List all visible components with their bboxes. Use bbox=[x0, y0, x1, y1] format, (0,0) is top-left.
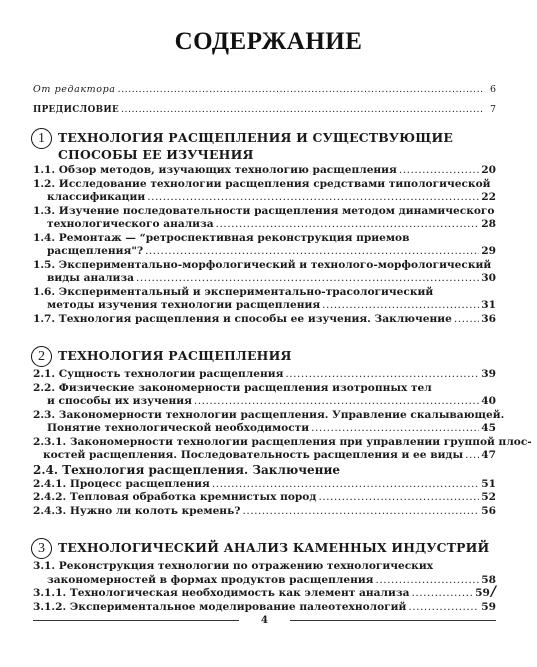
footer-page-number: 4 bbox=[261, 615, 268, 626]
dot-leader bbox=[118, 80, 484, 100]
toc-entry[interactable]: 3.1.1. Технологическая необходимость как… bbox=[33, 587, 496, 601]
dot-leader bbox=[408, 601, 479, 615]
toc-entry[interactable]: 3.1. Реконструкция технологии по отражен… bbox=[33, 560, 496, 587]
entry-title-line2: Понятие технологической необходимости bbox=[47, 422, 309, 436]
entry-title-line2: закономерностей в формах продуктов расще… bbox=[47, 574, 374, 588]
toc-entry[interactable]: 1.4. Ремонтаж — “ретроспективная реконст… bbox=[33, 232, 496, 259]
toc-entry[interactable]: 1.3. Изучение последовательности расщепл… bbox=[33, 205, 496, 232]
dot-leader bbox=[216, 218, 480, 232]
dot-leader bbox=[322, 299, 479, 313]
chapters-list: 1ТЕХНОЛОГИЯ РАСЩЕПЛЕНИЯ И СУЩЕСТВУЮЩИЕ С… bbox=[33, 116, 496, 614]
entry-title: 3.1.1. Технологическая необходимость как… bbox=[33, 587, 409, 601]
dot-leader bbox=[465, 449, 479, 463]
entry-title: 3.1.2. Экспериментальное моделирование п… bbox=[33, 601, 406, 615]
toc-entry[interactable]: 1.1. Обзор методов, изучающих технологию… bbox=[33, 164, 496, 178]
entry-title: 2.4.2. Тепловая обработка кремнистых пор… bbox=[33, 491, 316, 505]
page-footer: 4 bbox=[33, 615, 496, 626]
page-number: 59 bbox=[481, 601, 496, 615]
entry-title-line1: 2.3.1. Закономерности технологии расщепл… bbox=[33, 436, 496, 450]
chapter-title: ТЕХНОЛОГИЯ РАСЩЕПЛЕНИЯ bbox=[58, 346, 292, 364]
page-number: 29 bbox=[481, 245, 496, 259]
page-title: СОДЕРЖАНИЕ bbox=[0, 28, 537, 56]
dot-leader bbox=[285, 368, 479, 382]
chapter-heading-1[interactable]: 1ТЕХНОЛОГИЯ РАСЩЕПЛЕНИЯ И СУЩЕСТВУЮЩИЕ С… bbox=[33, 128, 496, 163]
entry-title-line1: 2.3. Закономерности технологии расщеплен… bbox=[33, 409, 496, 423]
entry-title-line2: костей расщепления. Последовательность р… bbox=[43, 449, 463, 463]
entry-title-line1: 3.1. Реконструкция технологии по отражен… bbox=[33, 560, 496, 574]
toc-entry[interactable]: 2.4.1. Процесс расщепления51 bbox=[33, 478, 496, 492]
dot-leader bbox=[411, 587, 473, 601]
chapter-number-circle: 3 bbox=[31, 538, 52, 559]
chapter-heading-3[interactable]: 3ТЕХНОЛОГИЧЕСКИЙ АНАЛИЗ КАМЕННЫХ ИНДУСТР… bbox=[33, 538, 496, 559]
page-number: 36 bbox=[481, 313, 496, 327]
chapter-title: ТЕХНОЛОГИЯ РАСЩЕПЛЕНИЯ И СУЩЕСТВУЮЩИЕ СП… bbox=[58, 128, 458, 163]
entry-title: 2.1. Сущность технологии расщепления bbox=[33, 368, 283, 382]
dot-leader bbox=[376, 574, 480, 588]
entry-title-line1: 1.2. Исследование технологии расщепления… bbox=[33, 178, 496, 192]
entry-title-line2: расщепления"? bbox=[47, 245, 143, 259]
dot-leader bbox=[454, 313, 479, 327]
page-number: 31 bbox=[481, 299, 496, 313]
toc-entry[interactable]: 1.7. Технология расщепления и способы ее… bbox=[33, 313, 496, 327]
dot-leader bbox=[318, 491, 479, 505]
toc-entry[interactable]: 2.4.3. Нужно ли колоть кремень?56 bbox=[33, 505, 496, 519]
toc-entry[interactable]: 2.2. Физические закономерности расщеплен… bbox=[33, 382, 496, 409]
dot-leader bbox=[212, 478, 479, 492]
page-number: 28 bbox=[481, 218, 496, 232]
footer-rule-left bbox=[33, 620, 239, 621]
chapter-heading-2[interactable]: 2ТЕХНОЛОГИЯ РАСЩЕПЛЕНИЯ bbox=[33, 346, 496, 367]
entry-title: 2.4.1. Процесс расщепления bbox=[33, 478, 210, 492]
page-number: 59 bbox=[475, 587, 490, 601]
dot-leader bbox=[145, 245, 479, 259]
toc-entry[interactable]: 2.4.2. Тепловая обработка кремнистых пор… bbox=[33, 491, 496, 505]
toc-entry[interactable]: 1.2. Исследование технологии расщепления… bbox=[33, 178, 496, 205]
page-number: 52 bbox=[481, 491, 496, 505]
dot-leader bbox=[194, 395, 479, 409]
toc-entry[interactable]: 2.3.1. Закономерности технологии расщепл… bbox=[33, 436, 496, 463]
dot-leader bbox=[311, 422, 479, 436]
page-number: 47 bbox=[481, 449, 496, 463]
handwritten-mark: / bbox=[491, 587, 496, 597]
entry-title-line1: 1.6. Экспериментальный и экспериментальн… bbox=[33, 286, 496, 300]
toc-entry-editor[interactable]: От редактора 6 bbox=[33, 80, 496, 100]
toc-entry[interactable]: 1.5. Экспериментально-морфологический и … bbox=[33, 259, 496, 286]
entry-title-line1: 2.2. Физические закономерности расщеплен… bbox=[33, 382, 496, 396]
entry-title-line1: 1.5. Экспериментально-морфологический и … bbox=[33, 259, 496, 273]
page-number: 51 bbox=[481, 478, 496, 492]
page-number: 56 bbox=[481, 505, 496, 519]
entry-title-line1: 1.4. Ремонтаж — “ретроспективная реконст… bbox=[33, 232, 496, 246]
entry-title-line1: 1.3. Изучение последовательности расщепл… bbox=[33, 205, 496, 219]
chapter-number-circle: 1 bbox=[31, 128, 52, 149]
toc-entry[interactable]: 1.6. Экспериментальный и экспериментальн… bbox=[33, 286, 496, 313]
page-number: 45 bbox=[481, 422, 496, 436]
page-number: 30 bbox=[481, 272, 496, 286]
toc-subheading[interactable]: 2.4. Технология расщепления. Заключение bbox=[33, 463, 496, 478]
toc-entry[interactable]: 2.1. Сущность технологии расщепления39 bbox=[33, 368, 496, 382]
chapter-title: ТЕХНОЛОГИЧЕСКИЙ АНАЛИЗ КАМЕННЫХ ИНДУСТРИ… bbox=[58, 538, 489, 556]
entry-title: 1.7. Технология расщепления и способы ее… bbox=[33, 313, 452, 327]
entry-title-line2: технологического анализа bbox=[47, 218, 214, 232]
entry-title-line2: классификации bbox=[47, 191, 145, 205]
dot-leader bbox=[242, 505, 479, 519]
page-number: 39 bbox=[481, 368, 496, 382]
page-number: 20 bbox=[481, 164, 496, 178]
dot-leader bbox=[136, 272, 479, 286]
entry-title: От редактора bbox=[33, 80, 116, 100]
dot-leader bbox=[147, 191, 479, 205]
entry-title-line2: методы изучения технологии расщепления bbox=[47, 299, 320, 313]
footer-rule-right bbox=[290, 620, 496, 621]
front-matter: От редактора 6 ПРЕДИСЛОВИЕ 7 bbox=[33, 80, 496, 120]
page-number: 22 bbox=[481, 191, 496, 205]
chapter-number-circle: 2 bbox=[31, 346, 52, 367]
toc-entry[interactable]: 3.1.2. Экспериментальное моделирование п… bbox=[33, 601, 496, 615]
dot-leader bbox=[399, 164, 479, 178]
page-number: 6 bbox=[486, 80, 496, 100]
page-number: 40 bbox=[481, 395, 496, 409]
entry-title: 2.4.3. Нужно ли колоть кремень? bbox=[33, 505, 240, 519]
entry-title: 1.1. Обзор методов, изучающих технологию… bbox=[33, 164, 397, 178]
entry-title-line2: виды анализа bbox=[47, 272, 134, 286]
entry-title-line2: и способы их изучения bbox=[47, 395, 192, 409]
toc-entry[interactable]: 2.3. Закономерности технологии расщеплен… bbox=[33, 409, 496, 436]
